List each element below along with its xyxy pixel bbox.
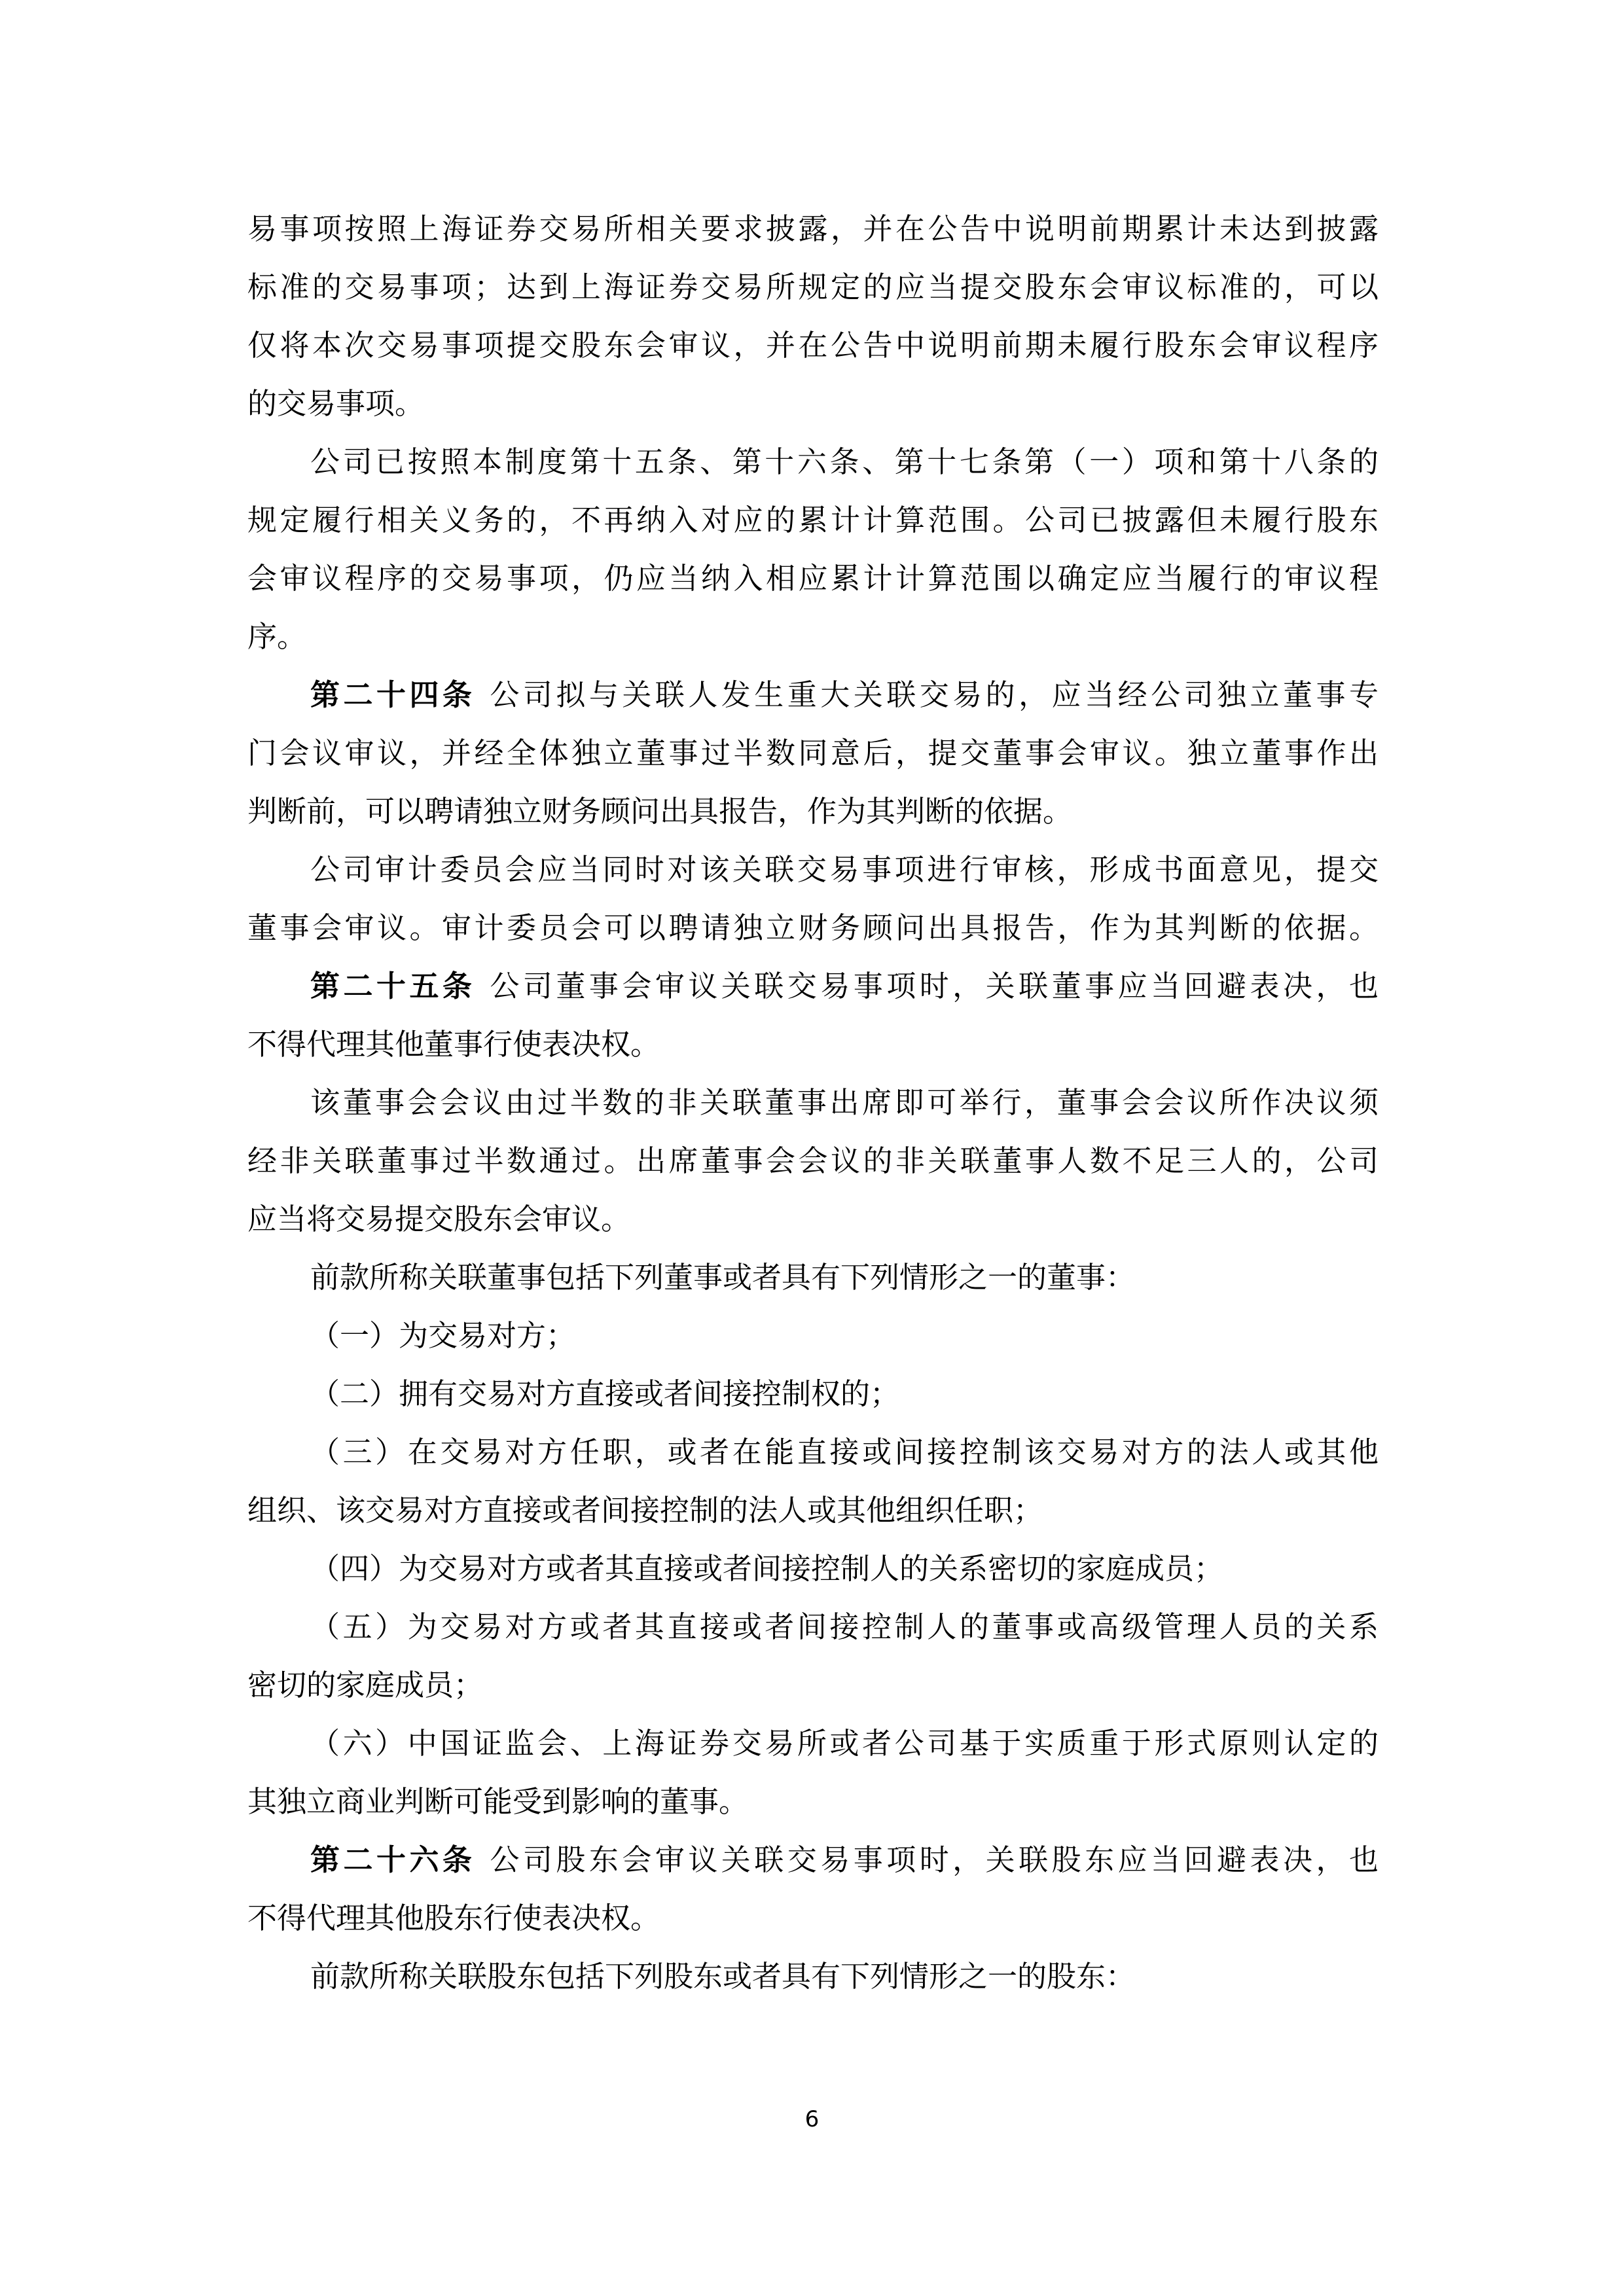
text-line: （一）为交易对方；: [247, 1306, 1379, 1365]
paragraph-continued: 易事项按照上海证券交易所相关要求披露，并在公告中说明前期累计未达到披露 标准的交…: [247, 200, 1379, 433]
paragraph: 该董事会会议由过半数的非关联董事出席即可举行，董事会会议所作决议须 经非关联董事…: [247, 1073, 1379, 1248]
document-body: 易事项按照上海证券交易所相关要求披露，并在公告中说明前期累计未达到披露 标准的交…: [247, 200, 1379, 2005]
article-26: 第二十六条公司股东会审议关联交易事项时，关联股东应当回避表决，也 不得代理其他股…: [247, 1831, 1379, 1947]
article-number: 第二十五条: [310, 969, 475, 1003]
article-25: 第二十五条公司董事会审议关联交易事项时，关联董事应当回避表决，也 不得代理其他董…: [247, 957, 1379, 1073]
text-line: 易事项按照上海证券交易所相关要求披露，并在公告中说明前期累计未达到披露: [247, 200, 1379, 258]
text-line: （二）拥有交易对方直接或者间接控制权的；: [247, 1365, 1379, 1423]
text-line: （六）中国证监会、上海证券交易所或者公司基于实质重于形式原则认定的: [247, 1714, 1379, 1772]
text-line: 公司已按照本制度第十五条、第十六条、第十七条第（一）项和第十八条的: [247, 433, 1379, 491]
text-line: 不得代理其他股东行使表决权。: [247, 1889, 1379, 1947]
article-number: 第二十六条: [310, 1842, 475, 1877]
text-line: 其独立商业判断可能受到影响的董事。: [247, 1772, 1379, 1831]
text-line: 不得代理其他董事行使表决权。: [247, 1015, 1379, 1073]
text-line: （三）在交易对方任职，或者在能直接或间接控制该交易对方的法人或其他: [247, 1423, 1379, 1481]
paragraph: 公司审计委员会应当同时对该关联交易事项进行审核，形成书面意见，提交 董事会审议。…: [247, 840, 1379, 957]
article-text: 公司拟与关联人发生重大关联交易的，应当经公司独立董事专: [490, 677, 1379, 712]
list-item: （四）为交易对方或者其直接或者间接控制人的关系密切的家庭成员；: [247, 1539, 1379, 1598]
list-item: （一）为交易对方；: [247, 1306, 1379, 1365]
text-line: 仅将本次交易事项提交股东会审议，并在公告中说明前期未履行股东会审议程序: [247, 316, 1379, 374]
text-line: 该董事会会议由过半数的非关联董事出席即可举行，董事会会议所作决议须: [247, 1073, 1379, 1132]
text-line: 公司审计委员会应当同时对该关联交易事项进行审核，形成书面意见，提交: [247, 840, 1379, 899]
text-line: 董事会审议。审计委员会可以聘请独立财务顾问出具报告，作为其判断的依据。: [247, 899, 1379, 957]
document-page: 易事项按照上海证券交易所相关要求披露，并在公告中说明前期累计未达到披露 标准的交…: [0, 0, 1624, 2296]
text-line: 规定履行相关义务的，不再纳入对应的累计计算范围。公司已披露但未履行股东: [247, 491, 1379, 549]
text-line: 密切的家庭成员；: [247, 1656, 1379, 1714]
text-line: 经非关联董事过半数通过。出席董事会会议的非关联董事人数不足三人的，公司: [247, 1132, 1379, 1190]
text-line: 的交易事项。: [247, 374, 1379, 433]
text-line: 前款所称关联股东包括下列股东或者具有下列情形之一的股东：: [247, 1947, 1379, 2005]
paragraph: 公司已按照本制度第十五条、第十六条、第十七条第（一）项和第十八条的 规定履行相关…: [247, 433, 1379, 666]
paragraph: 前款所称关联董事包括下列董事或者具有下列情形之一的董事：: [247, 1248, 1379, 1306]
paragraph: 前款所称关联股东包括下列股东或者具有下列情形之一的股东：: [247, 1947, 1379, 2005]
text-line: 应当将交易提交股东会审议。: [247, 1190, 1379, 1248]
text-line: （四）为交易对方或者其直接或者间接控制人的关系密切的家庭成员；: [247, 1539, 1379, 1598]
text-line: 判断前，可以聘请独立财务顾问出具报告，作为其判断的依据。: [247, 782, 1379, 840]
text-line: 第二十五条公司董事会审议关联交易事项时，关联董事应当回避表决，也: [247, 957, 1379, 1015]
text-line: 序。: [247, 607, 1379, 666]
page-number: 6: [0, 2106, 1624, 2132]
article-text: 公司董事会审议关联交易事项时，关联董事应当回避表决，也: [490, 969, 1379, 1003]
text-line: （五）为交易对方或者其直接或者间接控制人的董事或高级管理人员的关系: [247, 1598, 1379, 1656]
text-line: 前款所称关联董事包括下列董事或者具有下列情形之一的董事：: [247, 1248, 1379, 1306]
list-item: （三）在交易对方任职，或者在能直接或间接控制该交易对方的法人或其他 组织、该交易…: [247, 1423, 1379, 1539]
text-line: 门会议审议，并经全体独立董事过半数同意后，提交董事会审议。独立董事作出: [247, 724, 1379, 782]
list-item: （二）拥有交易对方直接或者间接控制权的；: [247, 1365, 1379, 1423]
list-item: （六）中国证监会、上海证券交易所或者公司基于实质重于形式原则认定的 其独立商业判…: [247, 1714, 1379, 1831]
text-line: 标准的交易事项；达到上海证券交易所规定的应当提交股东会审议标准的，可以: [247, 258, 1379, 316]
article-text: 公司股东会审议关联交易事项时，关联股东应当回避表决，也: [490, 1842, 1379, 1877]
text-line: 组织、该交易对方直接或者间接控制的法人或其他组织任职；: [247, 1481, 1379, 1539]
text-line: 第二十四条公司拟与关联人发生重大关联交易的，应当经公司独立董事专: [247, 666, 1379, 724]
text-line: 第二十六条公司股东会审议关联交易事项时，关联股东应当回避表决，也: [247, 1831, 1379, 1889]
article-24: 第二十四条公司拟与关联人发生重大关联交易的，应当经公司独立董事专 门会议审议，并…: [247, 666, 1379, 840]
text-line: 会审议程序的交易事项，仍应当纳入相应累计计算范围以确定应当履行的审议程: [247, 549, 1379, 607]
article-number: 第二十四条: [310, 677, 475, 712]
list-item: （五）为交易对方或者其直接或者间接控制人的董事或高级管理人员的关系 密切的家庭成…: [247, 1598, 1379, 1714]
